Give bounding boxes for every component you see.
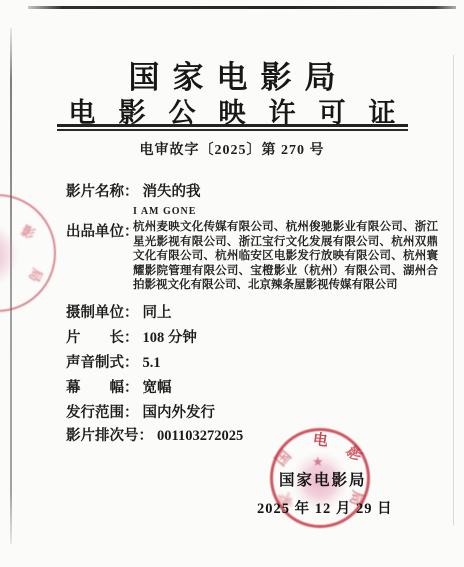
- field-screen-format: 幕 幅：宽幅: [66, 376, 172, 397]
- issuing-authority: 国家电影局: [279, 468, 367, 490]
- field-film-title: 影片名称：消失的我: [66, 180, 201, 201]
- title-divider: [57, 124, 408, 131]
- issue-date: 2025 年 12 月 29 日: [257, 497, 393, 518]
- field-sound-format-value: 5.1: [143, 355, 161, 371]
- field-distribution-scope: 发行范围：国内外发行: [66, 401, 215, 422]
- field-runtime-label: 片 长：: [66, 330, 139, 346]
- field-producers-value: 杭州麦映文化传媒有限公司、杭州俊驰影业有限公司、浙江星光影视有限公司、浙江宝行文…: [133, 220, 438, 293]
- field-runtime-value: 108 分钟: [143, 330, 197, 346]
- english-title: I AM GONE: [133, 206, 196, 217]
- field-sound-format-label: 声音制式：: [66, 355, 139, 371]
- field-production-unit-value: 同上: [143, 305, 172, 321]
- field-producers-label: 出品单位：: [66, 220, 139, 241]
- field-film-title-value: 消失的我: [143, 184, 201, 200]
- partial-red-seal: 影 局: [0, 194, 56, 312]
- field-distribution-scope-label: 发行范围：: [66, 405, 139, 421]
- field-film-title-label: 影片名称：: [66, 184, 139, 200]
- field-film-serial-number-label: 影片排次号：: [66, 428, 153, 444]
- field-production-unit: 摄制单位：同上: [66, 301, 172, 322]
- field-screen-format-value: 宽幅: [143, 380, 172, 396]
- field-production-unit-label: 摄制单位：: [66, 305, 139, 321]
- field-film-serial-number: 影片排次号：001103272025: [66, 424, 243, 445]
- field-screen-format-label: 幕 幅：: [66, 380, 139, 396]
- field-distribution-scope-value: 国内外发行: [143, 405, 216, 421]
- field-runtime: 片 长：108 分钟: [66, 326, 197, 347]
- seal-ring-character: 电: [312, 428, 329, 451]
- document-number: 电审故字〔2025〕第 270 号: [0, 139, 464, 159]
- scan-edge-top: [28, 6, 456, 9]
- field-sound-format: 声音制式：5.1: [66, 351, 161, 372]
- field-film-serial-number-value: 001103272025: [157, 428, 243, 444]
